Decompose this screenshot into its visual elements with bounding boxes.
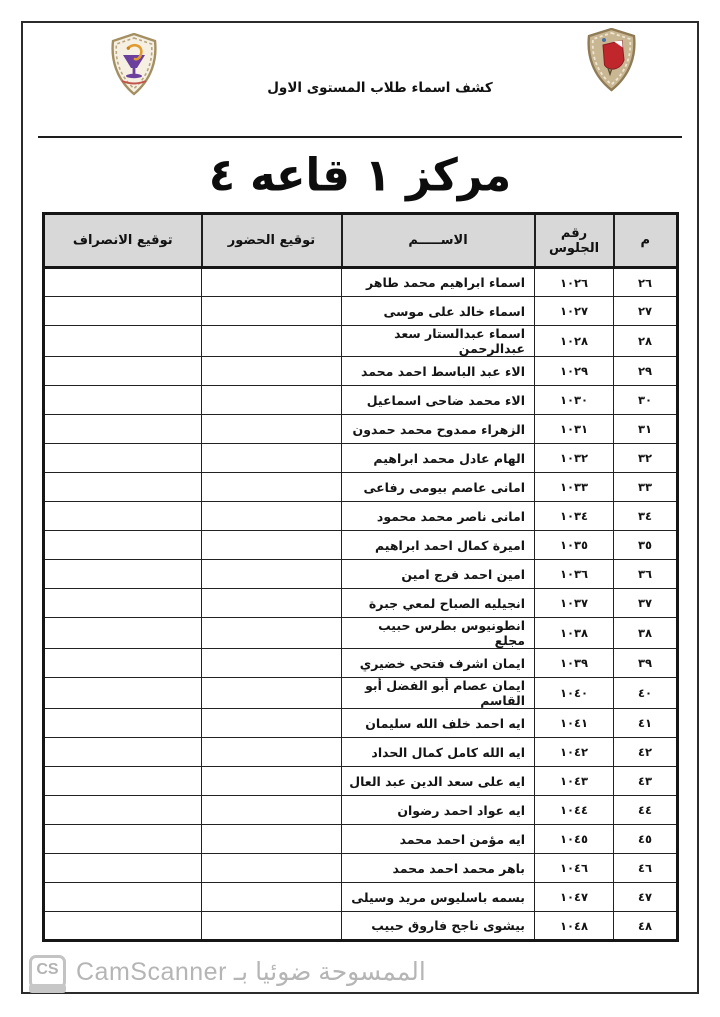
seat-number-cell: ١٠٣٦: [535, 560, 614, 589]
departure-signature-cell: [44, 531, 202, 560]
student-name-cell: ايه الله كامل كمال الحداد: [342, 738, 535, 767]
departure-signature-cell: [44, 326, 202, 357]
attendance-signature-cell: [202, 796, 342, 825]
student-name-cell: الزهراء ممدوح محمد حمدون: [342, 415, 535, 444]
departure-signature-cell: [44, 649, 202, 678]
departure-signature-cell: [44, 767, 202, 796]
serial-cell: ٣٣: [614, 473, 678, 502]
student-row: ٤٨١٠٤٨بيشوى ناجح فاروق حبيب: [44, 912, 678, 941]
student-row: ٢٦١٠٢٦اسماء ابراهيم محمد طاهر: [44, 268, 678, 297]
seat-number-cell: ١٠٣١: [535, 415, 614, 444]
student-name-cell: امانى عاصم بيومى رفاعى: [342, 473, 535, 502]
attendance-signature-cell: [202, 854, 342, 883]
departure-signature-cell: [44, 825, 202, 854]
seat-number-cell: ١٠٣٧: [535, 589, 614, 618]
departure-signature-cell: [44, 386, 202, 415]
attendance-signature-cell: [202, 415, 342, 444]
attendance-signature-cell: [202, 883, 342, 912]
attendance-signature-cell: [202, 825, 342, 854]
table-header-row: م رقم الجلوس الاســـــم توقيع الحضور توق…: [44, 214, 678, 268]
serial-cell: ٤٦: [614, 854, 678, 883]
student-row: ٤٧١٠٤٧بسمه باسليوس مريد وسيلى: [44, 883, 678, 912]
student-name-cell: ايه مؤمن احمد محمد: [342, 825, 535, 854]
attendance-signature-cell: [202, 649, 342, 678]
student-row: ٣٠١٠٣٠الاء محمد ضاحى اسماعيل: [44, 386, 678, 415]
serial-cell: ٤٤: [614, 796, 678, 825]
student-row: ٤١١٠٤١ايه احمد خلف الله سليمان: [44, 709, 678, 738]
scanned-document-page: كشف اسماء طلاب المستوى الاول مركز ١ قاعه…: [0, 0, 720, 1017]
serial-cell: ٣٤: [614, 502, 678, 531]
student-name-cell: ايه على سعد الدين عبد العال: [342, 767, 535, 796]
student-row: ٢٩١٠٢٩الاء عبد الباسط احمد محمد: [44, 357, 678, 386]
student-row: ٣٦١٠٣٦امين احمد فرج امين: [44, 560, 678, 589]
attendance-signature-cell: [202, 738, 342, 767]
serial-cell: ٣٢: [614, 444, 678, 473]
divider-line: [38, 136, 682, 138]
student-row: ٤٣١٠٤٣ايه على سعد الدين عبد العال: [44, 767, 678, 796]
serial-cell: ٤٢: [614, 738, 678, 767]
student-name-cell: ايه احمد خلف الله سليمان: [342, 709, 535, 738]
col-header-seat: رقم الجلوس: [535, 214, 614, 268]
attendance-signature-cell: [202, 767, 342, 796]
page-title: مركز ١ قاعه ٤: [0, 145, 720, 208]
student-row: ٣٨١٠٣٨انطونيوس بطرس حبيب مجلع: [44, 618, 678, 649]
col-header-serial: م: [614, 214, 678, 268]
student-name-cell: ايه عواد احمد رضوان: [342, 796, 535, 825]
attendance-signature-cell: [202, 709, 342, 738]
departure-signature-cell: [44, 502, 202, 531]
student-name-cell: اسماء عبدالستار سعد عبدالرحمن: [342, 326, 535, 357]
student-row: ٤٤١٠٤٤ايه عواد احمد رضوان: [44, 796, 678, 825]
serial-cell: ٤٣: [614, 767, 678, 796]
seat-number-cell: ١٠٤٤: [535, 796, 614, 825]
attendance-signature-cell: [202, 502, 342, 531]
student-name-cell: ايمان عصام أبو الفضل أبو القاسم: [342, 678, 535, 709]
attendance-signature-cell: [202, 386, 342, 415]
col-header-name: الاســـــم: [342, 214, 535, 268]
seat-number-cell: ١٠٢٨: [535, 326, 614, 357]
student-name-cell: اسماء خالد على موسى: [342, 297, 535, 326]
attendance-signature-cell: [202, 618, 342, 649]
departure-signature-cell: [44, 589, 202, 618]
seat-number-cell: ١٠٤٥: [535, 825, 614, 854]
seat-number-cell: ١٠٢٦: [535, 268, 614, 297]
serial-cell: ٢٦: [614, 268, 678, 297]
attendance-signature-cell: [202, 912, 342, 941]
serial-cell: ٣٥: [614, 531, 678, 560]
student-row: ٣٣١٠٣٣امانى عاصم بيومى رفاعى: [44, 473, 678, 502]
serial-cell: ٤٨: [614, 912, 678, 941]
camscanner-badge-label: CS: [36, 958, 58, 982]
seat-number-cell: ١٠٣٨: [535, 618, 614, 649]
student-name-cell: انجيليه الصباح لمعي جبرة: [342, 589, 535, 618]
student-name-cell: امانى ناصر محمد محمود: [342, 502, 535, 531]
student-name-cell: انطونيوس بطرس حبيب مجلع: [342, 618, 535, 649]
departure-signature-cell: [44, 709, 202, 738]
serial-cell: ٤٥: [614, 825, 678, 854]
departure-signature-cell: [44, 738, 202, 767]
attendance-signature-cell: [202, 560, 342, 589]
serial-cell: ٣٨: [614, 618, 678, 649]
seat-number-cell: ١٠٢٧: [535, 297, 614, 326]
seat-number-cell: ١٠٣٥: [535, 531, 614, 560]
serial-cell: ٣٦: [614, 560, 678, 589]
attendance-signature-cell: [202, 589, 342, 618]
student-row: ٤٢١٠٤٢ايه الله كامل كمال الحداد: [44, 738, 678, 767]
attendance-signature-cell: [202, 531, 342, 560]
seat-number-cell: ١٠٣٩: [535, 649, 614, 678]
student-name-cell: بسمه باسليوس مريد وسيلى: [342, 883, 535, 912]
serial-cell: ٤٠: [614, 678, 678, 709]
seat-number-cell: ١٠٣٢: [535, 444, 614, 473]
attendance-signature-cell: [202, 678, 342, 709]
document-header-title: كشف اسماء طلاب المستوى الاول: [0, 80, 720, 96]
student-name-cell: امين احمد فرج امين: [342, 560, 535, 589]
serial-cell: ٣١: [614, 415, 678, 444]
student-row: ٤٠١٠٤٠ايمان عصام أبو الفضل أبو القاسم: [44, 678, 678, 709]
seat-number-cell: ١٠٤٦: [535, 854, 614, 883]
departure-signature-cell: [44, 268, 202, 297]
camscanner-watermark: CS الممسوحة ضوئيا بـ CamScanner: [29, 951, 426, 993]
serial-cell: ٤٧: [614, 883, 678, 912]
attendance-signature-cell: [202, 326, 342, 357]
serial-cell: ٤١: [614, 709, 678, 738]
attendance-signature-cell: [202, 473, 342, 502]
student-row: ٣٤١٠٣٤امانى ناصر محمد محمود: [44, 502, 678, 531]
attendance-signature-cell: [202, 444, 342, 473]
seat-number-cell: ١٠٤٠: [535, 678, 614, 709]
camscanner-icon: CS: [29, 955, 66, 989]
seat-number-cell: ١٠٣٠: [535, 386, 614, 415]
col-header-departure: توقيع الانصراف: [44, 214, 202, 268]
departure-signature-cell: [44, 444, 202, 473]
student-name-cell: اميرة كمال احمد ابراهيم: [342, 531, 535, 560]
student-row: ٢٧١٠٢٧اسماء خالد على موسى: [44, 297, 678, 326]
seat-number-cell: ١٠٤٢: [535, 738, 614, 767]
student-name-cell: الهام عادل محمد ابراهيم: [342, 444, 535, 473]
student-name-cell: ايمان اشرف فتحي خضيري: [342, 649, 535, 678]
departure-signature-cell: [44, 297, 202, 326]
student-row: ٤٦١٠٤٦باهر محمد احمد محمد: [44, 854, 678, 883]
camscanner-watermark-text: الممسوحة ضوئيا بـ CamScanner: [76, 957, 426, 987]
departure-signature-cell: [44, 473, 202, 502]
seat-number-cell: ١٠٣٣: [535, 473, 614, 502]
seat-number-cell: ١٠٣٤: [535, 502, 614, 531]
attendance-signature-cell: [202, 357, 342, 386]
serial-cell: ٣٠: [614, 386, 678, 415]
students-attendance-table: م رقم الجلوس الاســـــم توقيع الحضور توق…: [42, 212, 679, 942]
camscanner-badge-bar: [29, 984, 66, 993]
student-row: ٣٥١٠٣٥اميرة كمال احمد ابراهيم: [44, 531, 678, 560]
student-row: ٢٨١٠٢٨اسماء عبدالستار سعد عبدالرحمن: [44, 326, 678, 357]
seat-number-cell: ١٠٤١: [535, 709, 614, 738]
seat-number-cell: ١٠٤٨: [535, 912, 614, 941]
seat-number-cell: ١٠٤٧: [535, 883, 614, 912]
attendance-signature-cell: [202, 297, 342, 326]
col-header-attendance: توقيع الحضور: [202, 214, 342, 268]
student-row: ٣٢١٠٣٢الهام عادل محمد ابراهيم: [44, 444, 678, 473]
serial-cell: ٣٩: [614, 649, 678, 678]
student-name-cell: اسماء ابراهيم محمد طاهر: [342, 268, 535, 297]
student-name-cell: الاء محمد ضاحى اسماعيل: [342, 386, 535, 415]
departure-signature-cell: [44, 618, 202, 649]
serial-cell: ٣٧: [614, 589, 678, 618]
seat-number-cell: ١٠٤٣: [535, 767, 614, 796]
departure-signature-cell: [44, 854, 202, 883]
attendance-signature-cell: [202, 268, 342, 297]
serial-cell: ٢٨: [614, 326, 678, 357]
departure-signature-cell: [44, 678, 202, 709]
departure-signature-cell: [44, 912, 202, 941]
departure-signature-cell: [44, 415, 202, 444]
student-name-cell: باهر محمد احمد محمد: [342, 854, 535, 883]
student-row: ٣٧١٠٣٧انجيليه الصباح لمعي جبرة: [44, 589, 678, 618]
student-row: ٤٥١٠٤٥ايه مؤمن احمد محمد: [44, 825, 678, 854]
serial-cell: ٢٩: [614, 357, 678, 386]
student-name-cell: بيشوى ناجح فاروق حبيب: [342, 912, 535, 941]
departure-signature-cell: [44, 560, 202, 589]
student-name-cell: الاء عبد الباسط احمد محمد: [342, 357, 535, 386]
serial-cell: ٢٧: [614, 297, 678, 326]
departure-signature-cell: [44, 883, 202, 912]
departure-signature-cell: [44, 357, 202, 386]
student-row: ٣١١٠٣١الزهراء ممدوح محمد حمدون: [44, 415, 678, 444]
seat-number-cell: ١٠٢٩: [535, 357, 614, 386]
student-row: ٣٩١٠٣٩ايمان اشرف فتحي خضيري: [44, 649, 678, 678]
departure-signature-cell: [44, 796, 202, 825]
